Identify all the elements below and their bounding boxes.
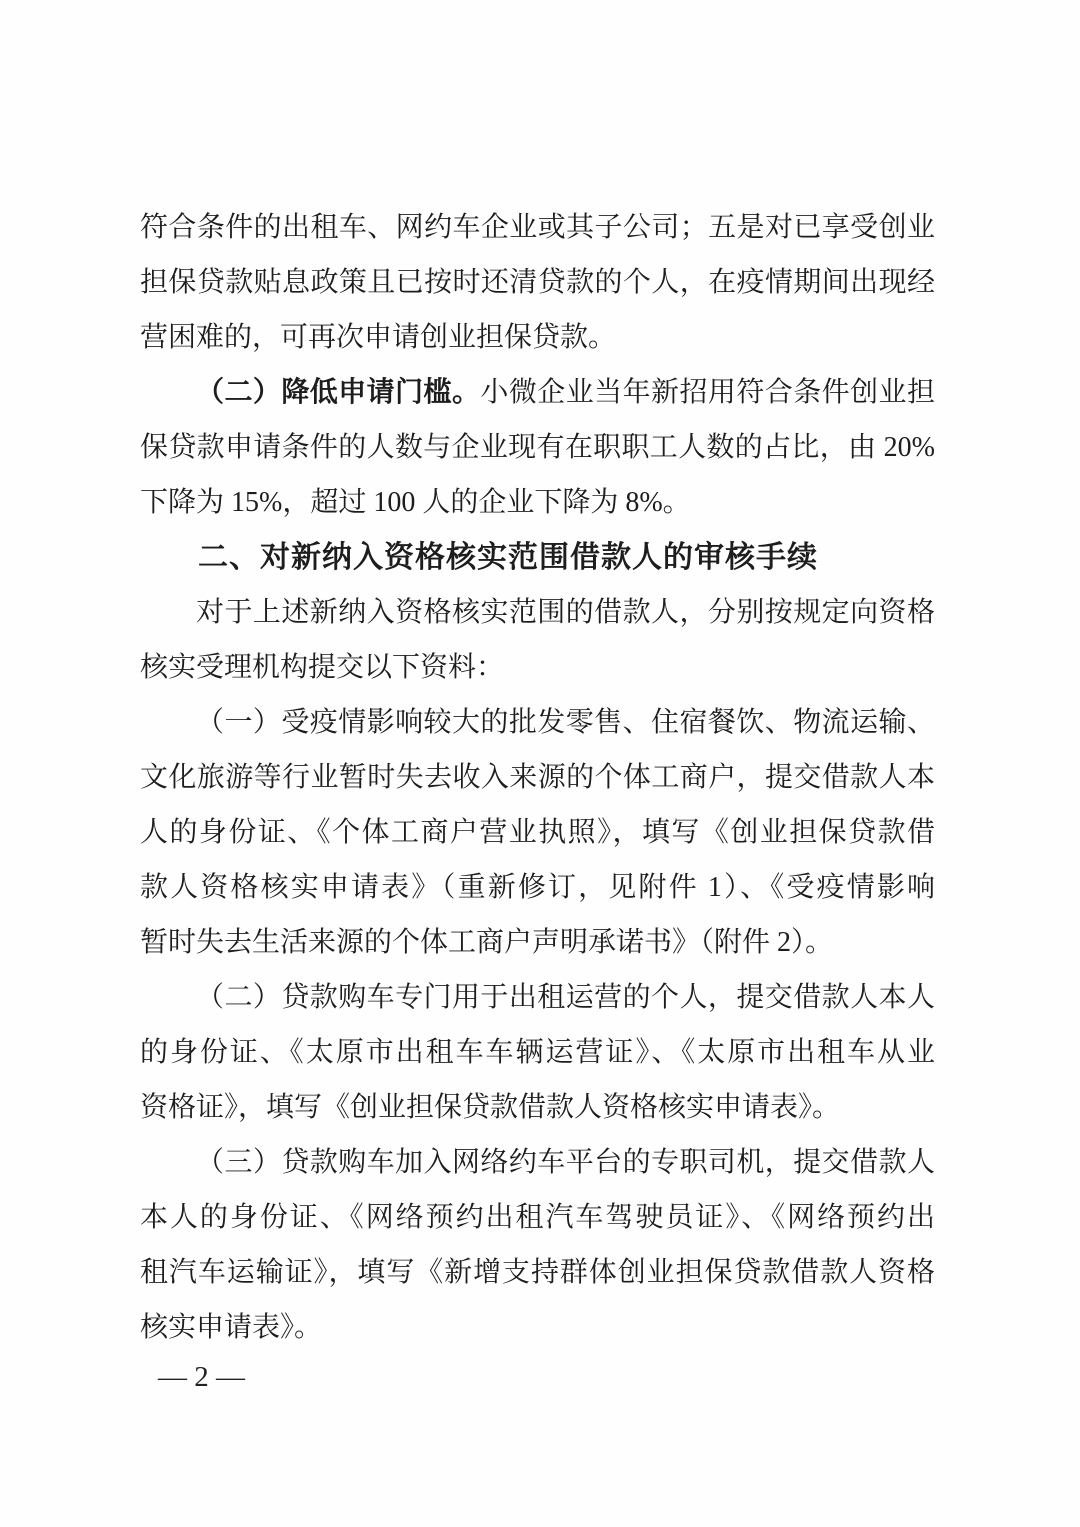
document-body: 符合条件的出租车、网约车企业或其子公司；五是对已享受创业 担保贷款贴息政策且已按…	[140, 200, 935, 1355]
text-line: （二）贷款购车专门用于出租运营的个人，提交借款人本人	[140, 970, 935, 1025]
text-line: 保贷款申请条件的人数与企业现有在职职工人数的占比，由 20%	[140, 420, 935, 475]
text-line: 资格证》，填写《创业担保贷款借款人资格核实申请表》。	[140, 1080, 935, 1135]
text-line: 款人资格核实申请表》（重新修订，见附件 1）、《受疫情影响	[140, 860, 935, 915]
text-line: 文化旅游等行业暂时失去收入来源的个体工商户，提交借款人本	[140, 750, 935, 805]
text-run: 小微企业当年新招用符合条件创业担	[480, 377, 935, 408]
text-line: 符合条件的出租车、网约车企业或其子公司；五是对已享受创业	[140, 200, 935, 255]
text-line: 核实申请表》。	[140, 1300, 935, 1355]
text-line: 暂时失去生活来源的个体工商户声明承诺书》（附件 2）。	[140, 915, 935, 970]
paragraph-lower-threshold: （二）降低申请门槛。小微企业当年新招用符合条件创业担 保贷款申请条件的人数与企业…	[140, 365, 935, 530]
paragraph-lead-bold: （二）降低申请门槛。	[196, 377, 480, 408]
text-line: 人的身份证、《个体工商户营业执照》，填写《创业担保贷款借	[140, 805, 935, 860]
text-line: 本人的身份证、《网络预约出租汽车驾驶员证》、《网络预约出	[140, 1190, 935, 1245]
page-number: — 2 —	[158, 1360, 245, 1394]
text-line: 担保贷款贴息政策且已按时还清贷款的个人，在疫情期间出现经	[140, 255, 935, 310]
paragraph-continuation: 符合条件的出租车、网约车企业或其子公司；五是对已享受创业 担保贷款贴息政策且已按…	[140, 200, 935, 365]
paragraph-item-3: （三）贷款购车加入网络约车平台的专职司机，提交借款人 本人的身份证、《网络预约出…	[140, 1135, 935, 1355]
paragraph-intro: 对于上述新纳入资格核实范围的借款人，分别按规定向资格 核实受理机构提交以下资料：	[140, 585, 935, 695]
text-line: （一）受疫情影响较大的批发零售、住宿餐饮、物流运输、	[140, 695, 935, 750]
text-line: 租汽车运输证》，填写《新增支持群体创业担保贷款借款人资格	[140, 1245, 935, 1300]
paragraph-item-1: （一）受疫情影响较大的批发零售、住宿餐饮、物流运输、 文化旅游等行业暂时失去收入…	[140, 695, 935, 970]
document-page: { "page": { "background_color": "#fefefe…	[0, 0, 1080, 1527]
text-line: （二）降低申请门槛。小微企业当年新招用符合条件创业担	[140, 365, 935, 420]
text-line: （三）贷款购车加入网络约车平台的专职司机，提交借款人	[140, 1135, 935, 1190]
text-line: 核实受理机构提交以下资料：	[140, 640, 935, 695]
text-line: 下降为 15%，超过 100 人的企业下降为 8%。	[140, 475, 935, 530]
text-line: 对于上述新纳入资格核实范围的借款人，分别按规定向资格	[140, 585, 935, 640]
paragraph-item-2: （二）贷款购车专门用于出租运营的个人，提交借款人本人 的身份证、《太原市出租车车…	[140, 970, 935, 1135]
text-line: 营困难的，可再次申请创业担保贷款。	[140, 310, 935, 365]
section-2-heading: 二、对新纳入资格核实范围借款人的审核手续	[140, 530, 935, 585]
text-line: 的身份证、《太原市出租车车辆运营证》、《太原市出租车从业	[140, 1025, 935, 1080]
